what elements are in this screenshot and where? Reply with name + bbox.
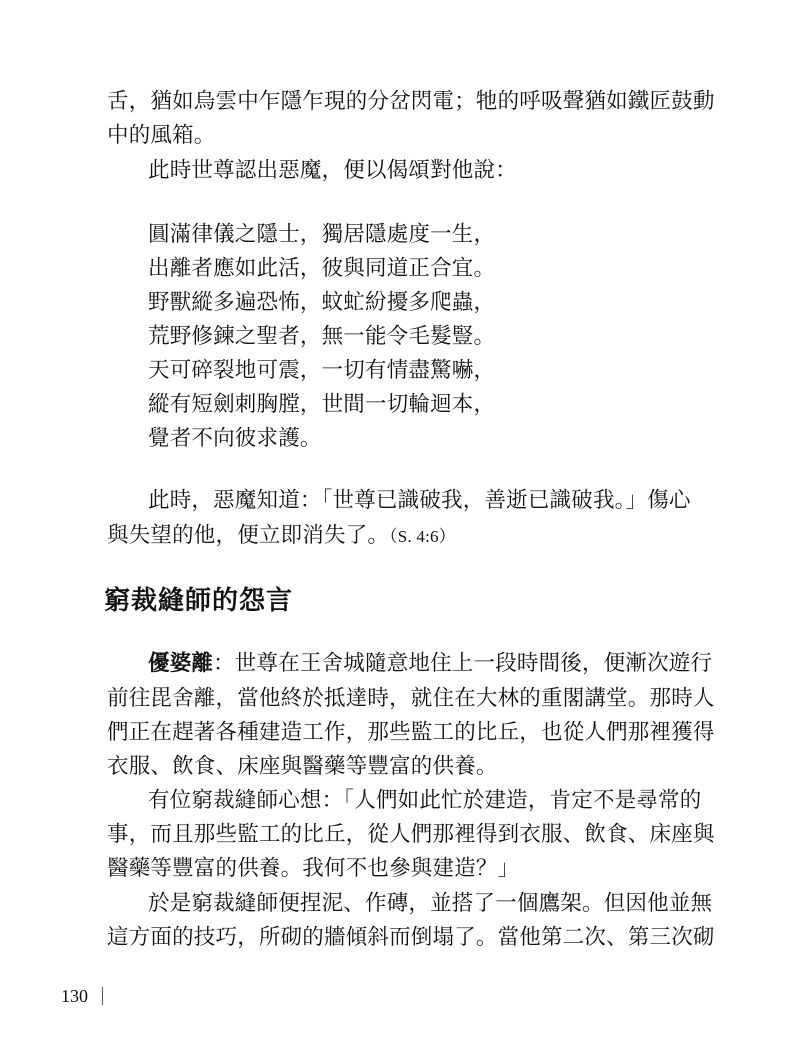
body-text: 與失望的他，便立即消失了。 bbox=[107, 523, 389, 548]
speaker-name: 優婆離 bbox=[148, 651, 213, 676]
paragraph-closing: 此時，惡魔知道：「世尊已識破我，善逝已識破我。」傷心 bbox=[148, 488, 768, 514]
page-number-divider bbox=[102, 987, 103, 1005]
body-text-line: 事，而且那些監工的比丘，從人們那裡得到衣服、飲食、床座與 bbox=[107, 822, 727, 848]
verse-line: 野獸縱多遍恐怖，蚊虻紛擾多爬蟲， bbox=[148, 290, 768, 316]
verse-line: 圓滿律儀之隱士，獨居隱處度一生， bbox=[148, 222, 768, 248]
body-text-line: 們正在趕著各種建造工作，那些監工的比丘，也從人們那裡獲得 bbox=[107, 720, 727, 746]
section-heading: 窮裁縫師的怨言 bbox=[104, 585, 293, 617]
page-number: 130 bbox=[61, 986, 88, 1007]
body-text-line: 有位窮裁縫師心想：「人們如此忙於建造，肯定不是尋常的 bbox=[148, 788, 768, 814]
body-text-line: 前往毘舍離，當他終於抵達時，就住在大林的重閣講堂。那時人 bbox=[107, 686, 727, 712]
verse-line: 縱有短劍刺胸膛，世間一切輪迴本， bbox=[148, 392, 768, 418]
body-text-line: 於是窮裁縫師便捏泥、作磚，並搭了一個鷹架。但因他並無 bbox=[148, 891, 768, 917]
body-text-line: 中的風箱。 bbox=[107, 123, 727, 149]
verse-line: 出離者應如此活，彼與同道正合宜。 bbox=[148, 256, 768, 282]
body-text: ：世尊在王舍城隨意地住上一段時間後，便漸次遊行 bbox=[213, 651, 712, 676]
verse-line: 荒野修鍊之聖者，無一能令毛髮豎。 bbox=[148, 324, 768, 350]
paragraph-intro: 此時世尊認出惡魔，便以偈頌對他說： bbox=[148, 158, 768, 184]
verse-line: 覺者不向彼求護。 bbox=[148, 426, 768, 452]
paragraph-first-line: 優婆離：世尊在王舍城隨意地住上一段時間後，便漸次遊行 bbox=[148, 651, 768, 677]
body-text-line: 醫藥等豐富的供養。我何不也參與建造？」 bbox=[107, 856, 727, 882]
body-text-line: 衣服、飲食、床座與醫藥等豐富的供養。 bbox=[107, 754, 727, 780]
paragraph-closing-line: 與失望的他，便立即消失了。（S. 4:6） bbox=[107, 523, 727, 550]
body-text-line: 這方面的技巧，所砌的牆傾斜而倒塌了。當他第二次、第三次砌 bbox=[107, 925, 727, 951]
scripture-reference: （S. 4:6） bbox=[389, 527, 456, 546]
body-text-line: 舌，猶如烏雲中乍隱乍現的分岔閃電；牠的呼吸聲猶如鐵匠鼓動 bbox=[107, 89, 727, 115]
verse-line: 天可碎裂地可震，一切有情盡驚嚇， bbox=[148, 358, 768, 384]
